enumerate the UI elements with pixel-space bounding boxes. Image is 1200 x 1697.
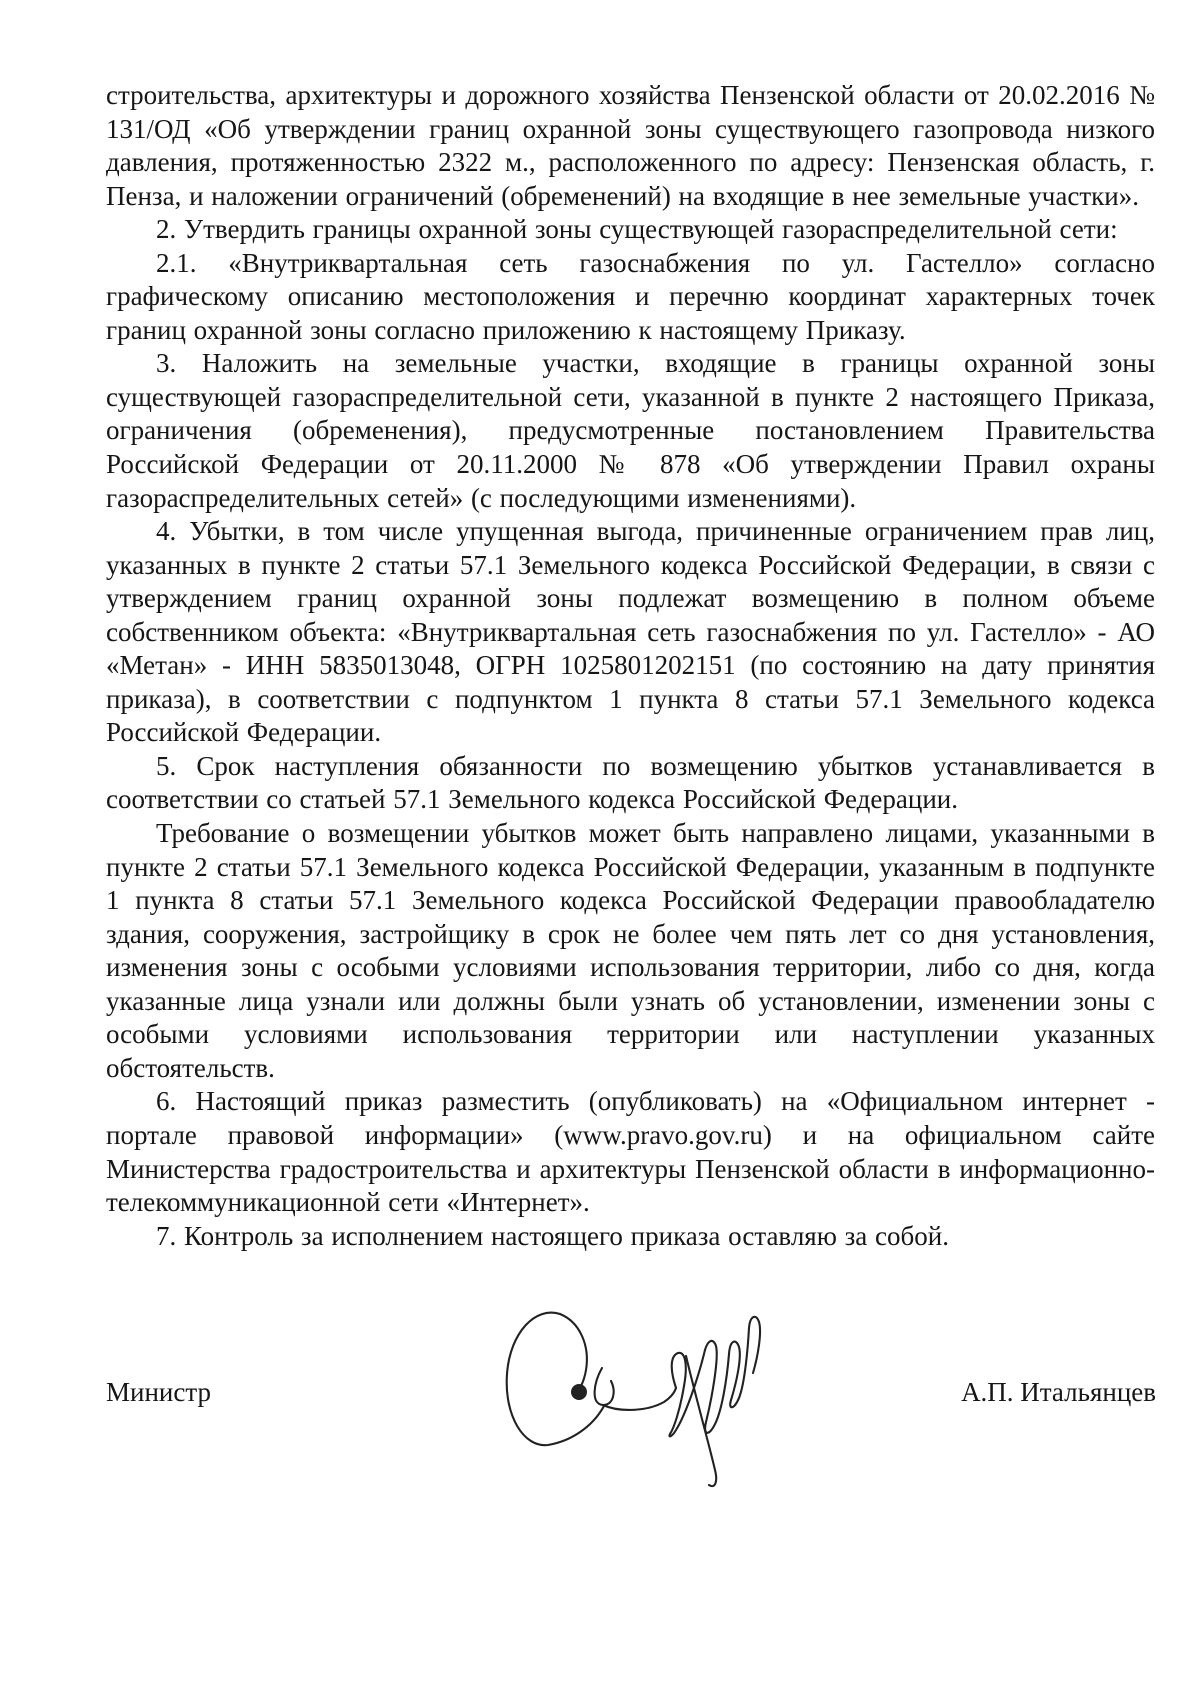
handwritten-signature-icon	[498, 1298, 770, 1500]
paragraph-item-2-1: 2.1. «Внутриквартальная сеть газоснабжен…	[106, 247, 1155, 348]
paragraph-continuation: строительства, архитектуры и дорожного х…	[106, 79, 1155, 213]
document-body: строительства, архитектуры и дорожного х…	[106, 79, 1155, 1253]
signatory-name: А.П. Итальянцев	[961, 1376, 1156, 1409]
paragraph-item-4: 4. Убытки, в том числе упущенная выгода,…	[106, 515, 1155, 750]
paragraph-item-7: 7. Контроль за исполнением настоящего пр…	[106, 1220, 1155, 1254]
document-page: строительства, архитектуры и дорожного х…	[0, 0, 1200, 1697]
paragraph-item-3: 3. Наложить на земельные участки, входящ…	[106, 347, 1155, 515]
signatory-position-label: Министр	[106, 1376, 211, 1409]
paragraph-item-6: 6. Настоящий приказ разместить (опублико…	[106, 1085, 1155, 1219]
paragraph-item-2: 2. Утвердить границы охранной зоны сущес…	[106, 213, 1155, 247]
paragraph-claim-terms: Требование о возмещении убытков может бы…	[106, 817, 1155, 1085]
paragraph-item-5: 5. Срок наступления обязанности по возме…	[106, 750, 1155, 817]
